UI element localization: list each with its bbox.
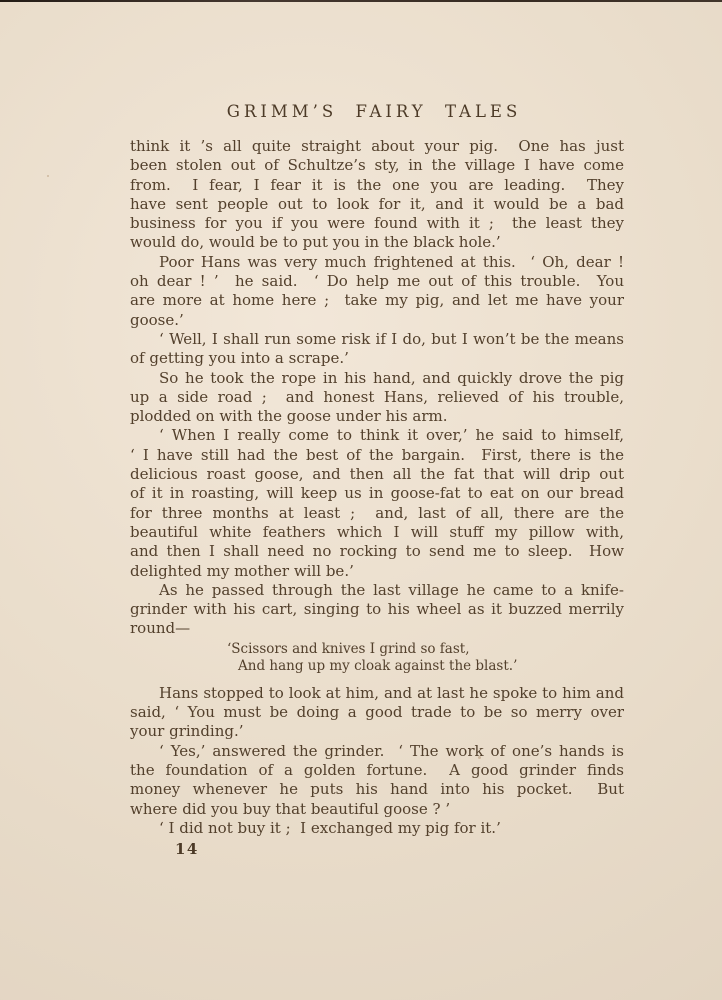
text-line: plodded on with the goose under his arm. [130, 407, 624, 426]
text-line: for three months at least ; and, last of… [130, 504, 624, 523]
page-content: GRIMM’S FAIRY TALES think it ’s all quit… [130, 100, 624, 859]
text-line: ‘ I did not buy it ; I exchanged my pig … [130, 819, 624, 838]
text-line: delighted my mother will be.’ [130, 562, 624, 581]
paragraph: think it ’s all quite straight about you… [130, 137, 624, 253]
text-line: So he took the rope in his hand, and qui… [130, 369, 624, 388]
paragraph: Poor Hans was very much frightened at th… [130, 253, 624, 330]
paragraph: ‘ When I really come to think it over,’ … [130, 426, 624, 580]
text-line: have sent people out to look for it, and… [130, 195, 624, 214]
text-line: ‘ Yes,’ answered the grinder. ‘ The work… [130, 742, 624, 761]
text-line: where did you buy that beautiful goose ?… [130, 800, 624, 819]
text-line: the foundation of a golden fortune. A go… [130, 761, 624, 780]
text-line: As he passed through the last village he… [130, 581, 624, 600]
text-line: goose.’ [130, 311, 624, 330]
text-line: from. I fear, I fear it is the one you a… [130, 176, 624, 195]
paper-speck [47, 175, 49, 177]
text-line: grinder with his cart, singing to his wh… [130, 600, 624, 619]
text-line: ‘ When I really come to think it over,’ … [130, 426, 624, 445]
text-line: of getting you into a scrape.’ [130, 349, 624, 368]
paragraph: ‘ I did not buy it ; I exchanged my pig … [130, 819, 624, 838]
text-line: would do, would be to put you in the bla… [130, 233, 624, 252]
text-line: think it ’s all quite straight about you… [130, 137, 624, 156]
text-line: are more at home here ; take my pig, and… [130, 291, 624, 310]
text-line: beautiful white feathers which I will st… [130, 523, 624, 542]
text-line: money whenever he puts his hand into his… [130, 780, 624, 799]
page-number: 14 [130, 840, 624, 859]
paragraph: ‘ Yes,’ answered the grinder. ‘ The work… [130, 742, 624, 819]
text-line: Hans stopped to look at him, and at last… [130, 684, 624, 703]
text-line: been stolen out of Schultze’s sty, in th… [130, 156, 624, 175]
text-line: of it in roasting, will keep us in goose… [130, 484, 624, 503]
text-line: up a side road ; and honest Hans, reliev… [130, 388, 624, 407]
text-line: ‘ Well, I shall run some risk if I do, b… [130, 330, 624, 349]
text-line: ‘ I have still had the best of the barga… [130, 446, 624, 465]
paragraph: ‘ Well, I shall run some risk if I do, b… [130, 330, 624, 369]
paragraph: So he took the rope in his hand, and qui… [130, 369, 624, 427]
text-line: Poor Hans was very much frightened at th… [130, 253, 624, 272]
paragraph: As he passed through the last village he… [130, 581, 624, 639]
text-line: round— [130, 619, 624, 638]
text-line: your grinding.’ [130, 722, 624, 741]
verse-line: And hang up my cloak against the blast.’ [227, 658, 624, 676]
verse-line: ‘Scissors and knives I grind so fast, [227, 641, 624, 659]
text-line: business for you if you were found with … [130, 214, 624, 233]
text-line: delicious roast goose, and then all the … [130, 465, 624, 484]
text-line: and then I shall need no rocking to send… [130, 542, 624, 561]
verse: ‘Scissors and knives I grind so fast, An… [227, 641, 624, 676]
book-page: GRIMM’S FAIRY TALES think it ’s all quit… [0, 0, 722, 1000]
paragraph: Hans stopped to look at him, and at last… [130, 684, 624, 742]
text-line: said, ‘ You must be doing a good trade t… [130, 703, 624, 722]
text-line: oh dear ! ’ he said. ‘ Do help me out of… [130, 272, 624, 291]
page-heading: GRIMM’S FAIRY TALES [130, 100, 618, 124]
